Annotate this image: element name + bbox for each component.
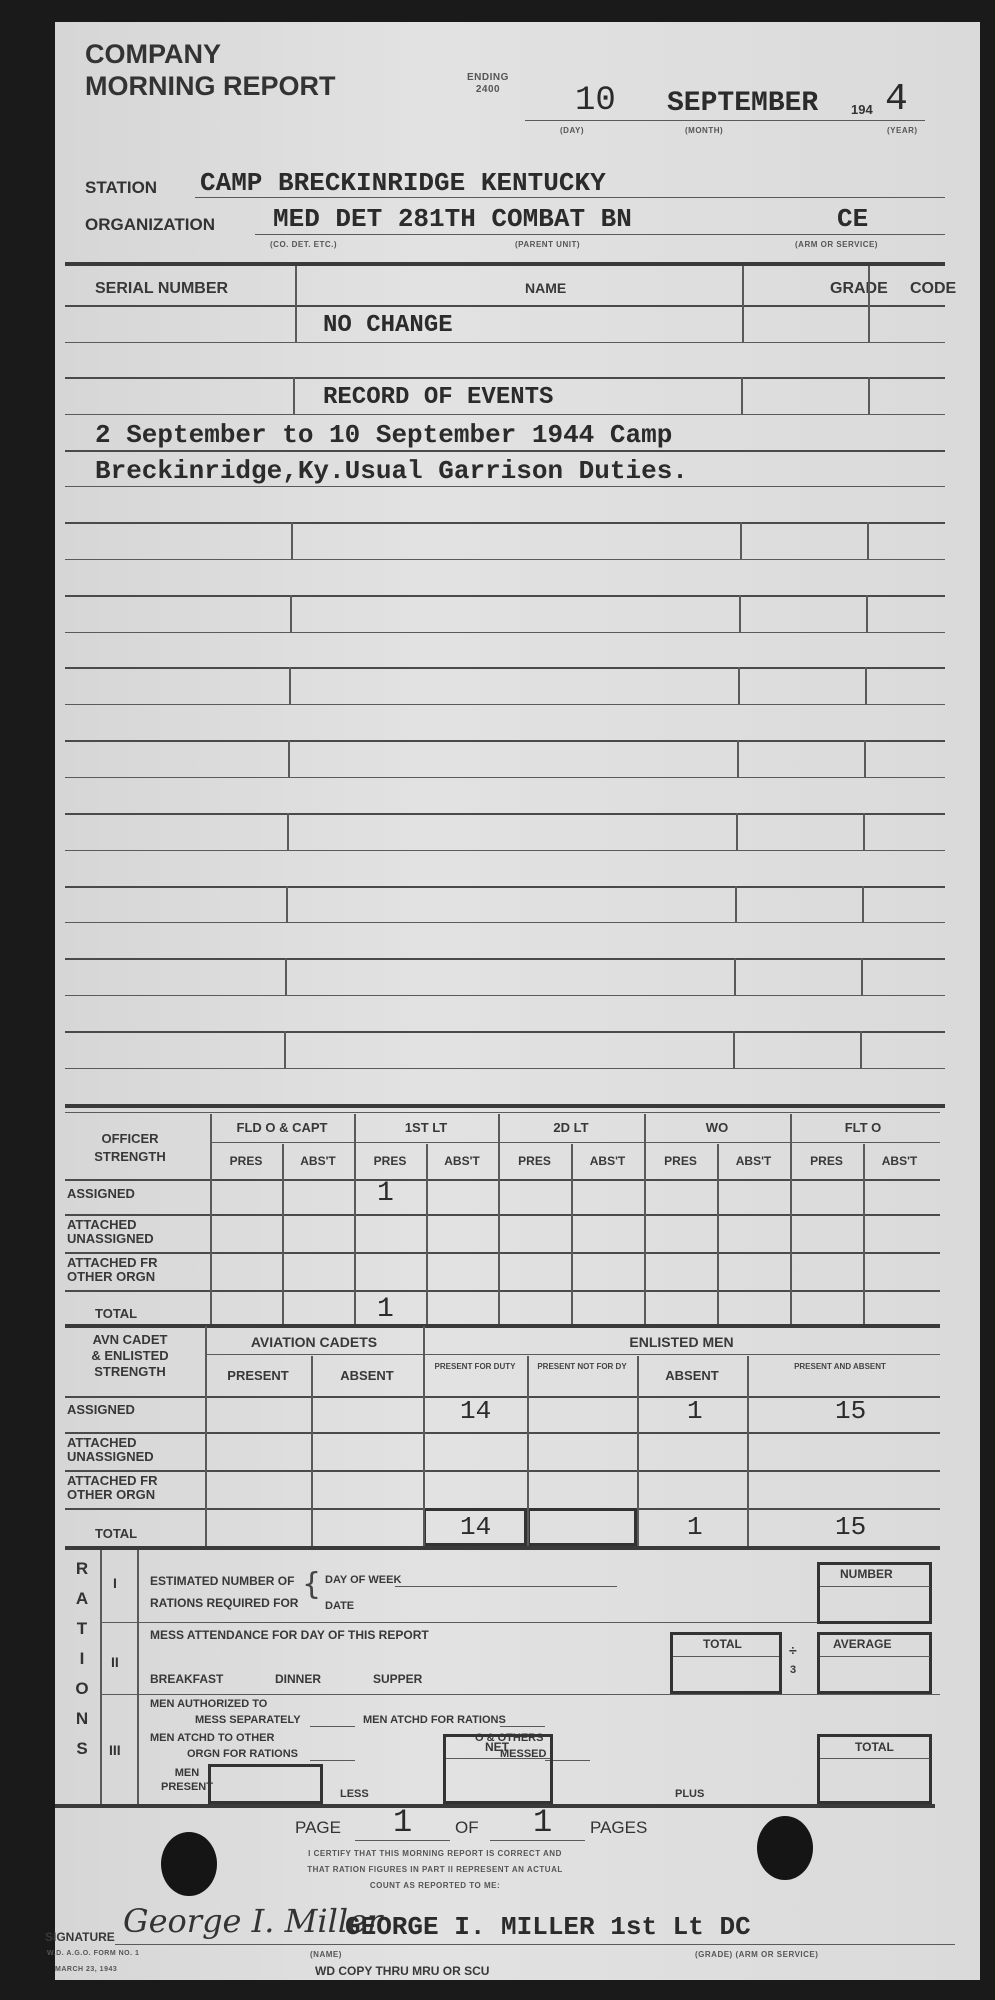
organization-label: ORGANIZATION [85,215,215,235]
em-total-present-and-absent: 15 [835,1512,866,1542]
less-label: LESS [340,1788,369,1800]
men-present-box[interactable] [208,1764,323,1804]
punch-hole-left [161,1832,217,1896]
col-serial-number: SERIAL NUMBER [95,280,228,298]
page-number: 1 [393,1804,412,1841]
em-assigned-absent: 1 [687,1396,703,1426]
col-present-and-absent: PRESENT AND ABSENT [755,1360,925,1374]
page-line: PAGE [295,1818,341,1838]
sub-abst: ABS'T [571,1154,644,1168]
title-line-2: MORNING REPORT [85,70,336,102]
name-caption: (NAME) [310,1950,342,1959]
enlisted-strength-title: AVN CADET & ENLISTED STRENGTH [60,1332,200,1380]
men-atchd-rations-field[interactable] [500,1726,545,1727]
station-value: CAMP BRECKINRIDGE KENTUCKY [200,168,606,198]
total-pages: 1 [533,1804,552,1841]
row-attached-unassigned-label: ATTACHED UNASSIGNED [67,1218,197,1246]
col-grade: GRADE [830,280,888,298]
month-caption: (MONTH) [685,126,723,135]
form-number: W.D. A.G.O. FORM NO. 1 [47,1950,139,1957]
col-cadets-present: PRESENT [205,1368,311,1383]
net-box-label: NET [485,1740,509,1754]
part-i-line-1: ESTIMATED NUMBER OF [150,1574,294,1588]
sub-pres: PRES [790,1154,863,1168]
org-caption-arm: (ARM OR SERVICE) [795,240,878,249]
certification-text: I CERTIFY THAT THIS MORNING REPORT IS CO… [235,1846,635,1894]
signature-label: SIGNATURE [45,1930,115,1944]
men-present-label: MEN PRESENT [161,1766,213,1794]
men-atchd-other-line-1: MEN ATCHD TO OTHER [150,1732,274,1744]
sub-abst: ABS'T [863,1154,936,1168]
col-present-for-duty: PRESENT FOR DUTY [425,1360,525,1374]
mess-separately-field[interactable] [310,1726,355,1727]
signer-typed-name: GEORGE I. MILLER 1st Lt DC [345,1912,751,1942]
of-label: OF [455,1818,479,1838]
row-attached-fr-other-label: ATTACHED FR OTHER ORGN [67,1256,197,1284]
day-of-week-field[interactable] [395,1586,617,1587]
part-ii-numeral: II [111,1654,119,1670]
group-1st-lt: 1ST LT [354,1120,498,1135]
sub-pres: PRES [210,1154,282,1168]
organization-underline [255,234,945,235]
row-assigned-label: ASSIGNED [67,1186,135,1201]
em-row-attached-unassigned-label: ATTACHED UNASSIGNED [67,1436,197,1464]
mess-attendance-label: MESS ATTENDANCE FOR DAY OF THIS REPORT [150,1628,429,1642]
em-total-absent: 1 [687,1512,703,1542]
total-box-2-label: TOTAL [855,1740,894,1754]
day-caption: (DAY) [560,126,584,135]
group-wo: WO [644,1120,790,1135]
arm-or-service-value: CE [837,204,868,234]
form-date: MARCH 23, 1943 [55,1966,117,1973]
group-2d-lt: 2D LT [498,1120,644,1135]
breakfast-label: BREAKFAST [150,1672,223,1686]
org-caption-co: (CO. DET. ETC.) [270,240,337,249]
report-month: SEPTEMBER [667,88,818,119]
record-line-2: Breckinridge,Ky.Usual Garrison Duties. [95,456,688,486]
em-row-total-label: TOTAL [95,1526,137,1541]
roster-top-rule [65,262,945,266]
supper-label: SUPPER [373,1672,422,1686]
average-box-label: AVERAGE [833,1637,891,1651]
men-atchd-other-line-2: ORGN FOR RATIONS [187,1748,298,1760]
col-cadets-absent: ABSENT [311,1368,423,1383]
year-caption: (YEAR) [887,126,918,135]
punch-hole-right [757,1816,813,1880]
brace-icon: { [302,1567,321,1602]
ending-label: ENDING 2400 [467,72,509,96]
organization-value: MED DET 281TH COMBAT BN [273,204,632,234]
group-flt-o: FLT O [790,1120,936,1135]
officer-assigned-1st-lt-pres: 1 [377,1178,394,1209]
station-label: STATION [85,178,157,198]
plus-label: PLUS [675,1788,704,1800]
row-total-label: TOTAL [95,1306,137,1321]
org-caption-parent: (PARENT UNIT) [515,240,580,249]
col-name: NAME [525,280,566,296]
date-underline [525,120,925,121]
handwritten-signature: George I. Miller [123,1902,382,1940]
station-underline [195,197,945,198]
em-assigned-present-for-duty: 14 [460,1396,491,1426]
part-i-line-2: RATIONS REQUIRED FOR [150,1596,298,1610]
title-line-1: COMPANY [85,38,336,70]
number-box-label: NUMBER [840,1567,893,1581]
col-code: CODE [910,280,956,298]
men-authorized-line-2: MESS SEPARATELY [195,1714,301,1726]
rations-side-label: R A T I O N S [70,1554,94,1764]
em-total-pnfd-box [527,1508,637,1546]
em-assigned-present-and-absent: 15 [835,1396,866,1426]
total-box-label: TOTAL [703,1637,742,1651]
copy-note: WD COPY THRU MRU OR SCU [315,1964,489,1978]
report-day: 10 [575,82,616,120]
officer-strength-title: OFFICER STRENGTH [65,1130,195,1166]
record-line-1: 2 September to 10 September 1944 Camp [95,420,672,450]
dinner-label: DINNER [275,1672,321,1686]
grade-caption: (GRADE) (ARM OR SERVICE) [695,1950,818,1959]
sub-pres: PRES [498,1154,571,1168]
pages-label: PAGES [590,1818,647,1838]
day-of-week-label: DAY OF WEEK [325,1574,401,1586]
col-em-absent: ABSENT [637,1368,747,1383]
report-year-digit: 4 [885,78,908,121]
sub-abst: ABS'T [426,1154,498,1168]
group-aviation-cadets: AVIATION CADETS [205,1334,423,1350]
no-change-entry: NO CHANGE [323,312,453,339]
em-row-assigned-label: ASSIGNED [67,1402,135,1417]
sub-abst: ABS'T [717,1154,790,1168]
orgn-for-rations-field[interactable] [310,1760,355,1761]
em-row-attached-fr-other-label: ATTACHED FR OTHER ORGN [67,1474,197,1502]
officer-total-1st-lt-pres: 1 [377,1294,394,1325]
divide-icon: ÷ [789,1642,797,1658]
group-enlisted-men: ENLISTED MEN [423,1334,940,1350]
em-total-present-for-duty: 14 [460,1512,491,1542]
group-fld-o-capt: FLD O & CAPT [210,1120,354,1135]
year-prefix: 194 [851,102,873,117]
sub-pres: PRES [644,1154,717,1168]
men-atchd-rations-label: MEN ATCHD FOR RATIONS [363,1714,506,1726]
sub-pres: PRES [354,1154,426,1168]
date-label: DATE [325,1600,354,1612]
divide-by-value: 3 [790,1664,796,1676]
col-present-not-for-dy: PRESENT NOT FOR DY [527,1360,637,1374]
record-of-events-heading: RECORD OF EVENTS [323,384,553,411]
sub-abst: ABS'T [282,1154,354,1168]
part-i-numeral: I [113,1575,117,1591]
men-authorized-line-1: MEN AUTHORIZED TO [150,1698,267,1710]
part-iii-numeral: III [109,1742,121,1758]
morning-report-form: COMPANY MORNING REPORT ENDING 2400 10 SE… [55,22,980,1980]
form-title: COMPANY MORNING REPORT [85,38,336,102]
